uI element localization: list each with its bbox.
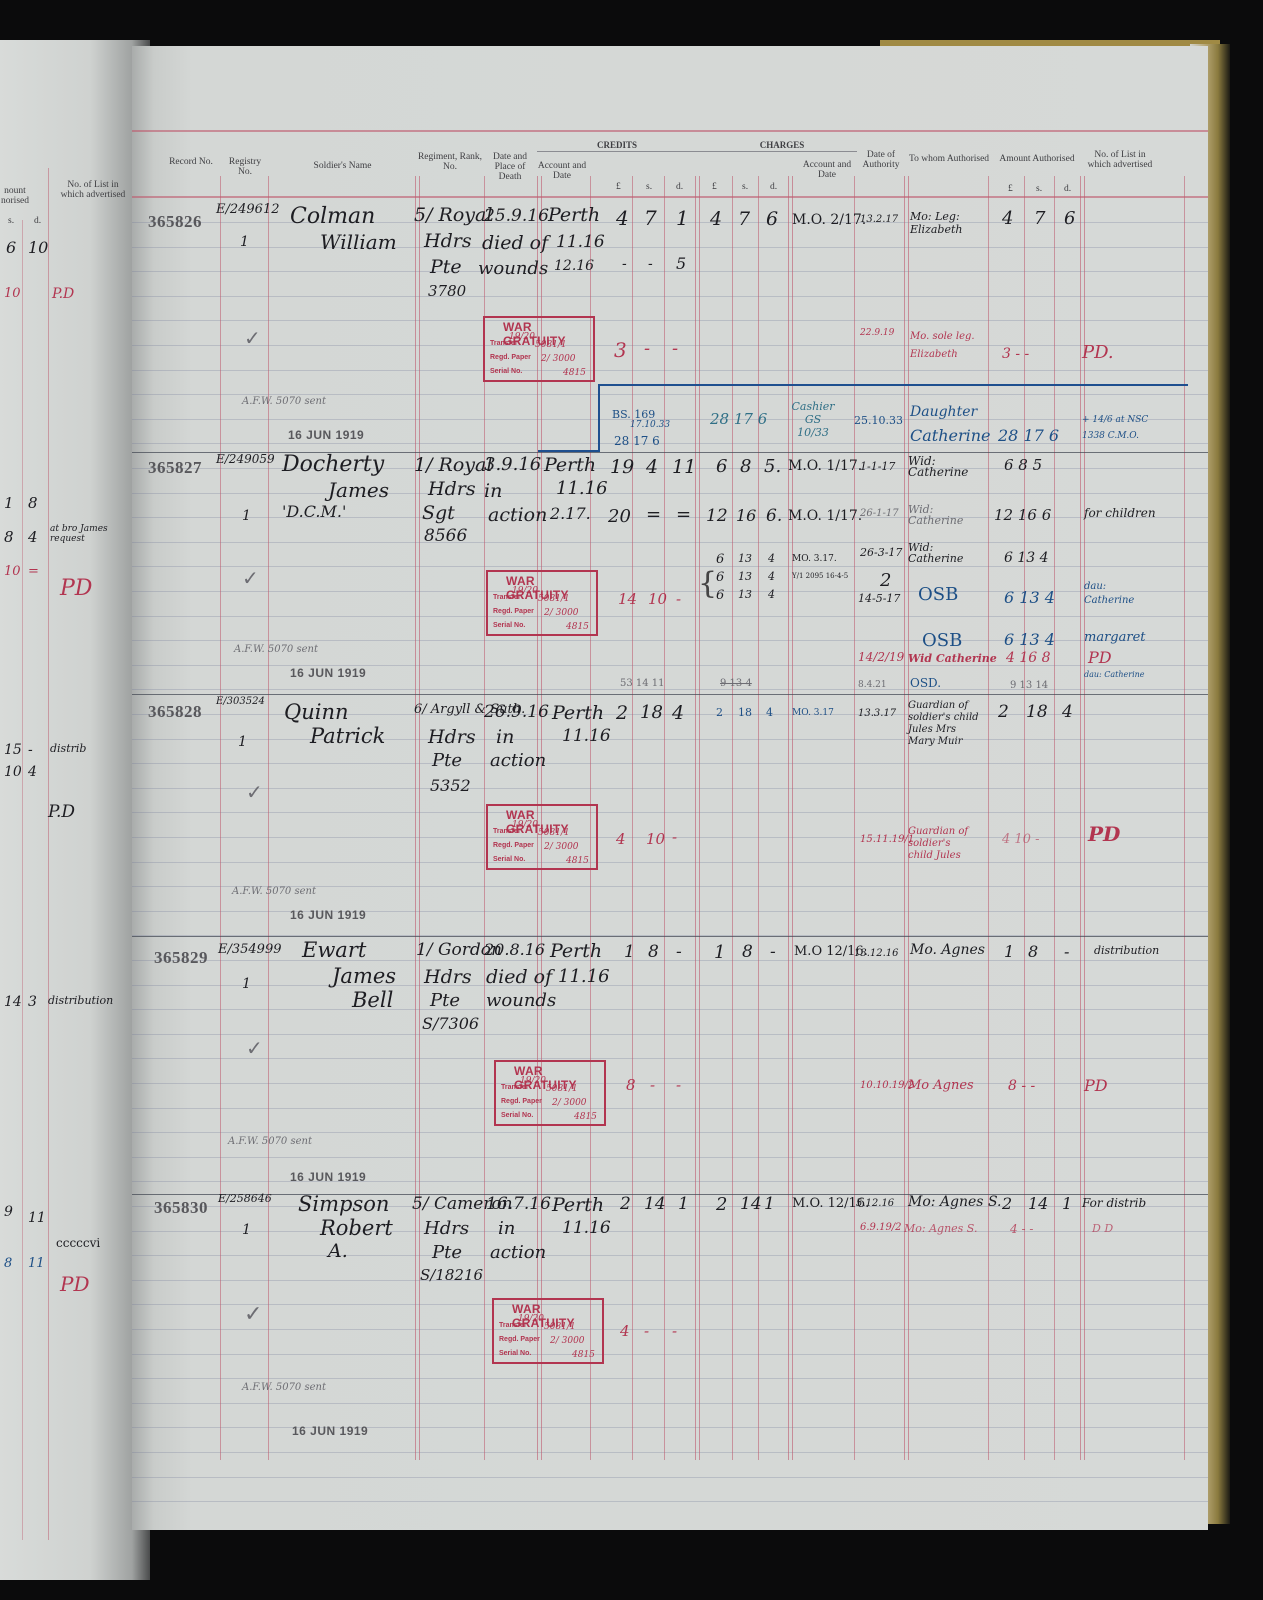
soldier-forename: James	[332, 964, 396, 988]
registry-number: E/258646	[218, 1192, 272, 1205]
registry-number: E/249059	[216, 452, 275, 466]
soldier-surname: Quinn	[284, 700, 349, 724]
header-date-place-death: Date and Place of Death	[484, 152, 536, 182]
left-header-amount: nount norised	[0, 186, 30, 206]
afw-note: A.F.W. 5070 sent	[232, 886, 316, 897]
header-credits: CREDITS	[572, 140, 662, 150]
war-gratuity-stamp: WAR GRATUITY Transfer Regd. Paper Serial…	[486, 570, 598, 636]
header-charges: CHARGES	[742, 140, 822, 150]
header-amount-authorised: Amount Authorised	[992, 154, 1082, 164]
check-mark: ✓	[246, 1036, 263, 1060]
check-mark: ✓	[242, 566, 259, 590]
header-registry-no: Registry No.	[224, 157, 266, 177]
soldier-forename: Robert	[320, 1216, 393, 1240]
afw-note: A.F.W. 5070 sent	[228, 1136, 312, 1147]
ledger-page: Record No. Registry No. Soldier's Name R…	[132, 46, 1208, 1530]
soldier-surname: Colman	[290, 204, 375, 229]
credits-total: 53 14 11	[620, 678, 665, 689]
header-regiment: Regiment, Rank, No.	[416, 152, 484, 172]
check-mark: ✓	[246, 780, 263, 804]
header-bottom-rule	[132, 196, 1208, 198]
record-number: 365827	[148, 458, 202, 478]
record-number: 365828	[148, 702, 202, 722]
header-charges-account: Account and Date	[802, 160, 852, 180]
charges-total: 9 13 4	[720, 678, 752, 689]
afw-note: A.F.W. 5070 sent	[242, 396, 326, 407]
soldier-forename: James	[328, 478, 389, 502]
date-stamp: 16 JUN 1919	[290, 666, 366, 680]
header-top-rule	[132, 130, 1208, 132]
soldier-forename: William	[320, 230, 397, 254]
record-number: 365830	[154, 1198, 208, 1218]
soldier-surname: Simpson	[298, 1192, 389, 1216]
afw-note: A.F.W. 5070 sent	[234, 644, 318, 655]
record-number: 365829	[154, 948, 208, 968]
header-credits-account: Account and Date	[537, 161, 587, 181]
registry-number: E/303524	[216, 696, 265, 707]
left-header-s: s.	[8, 216, 14, 226]
date-stamp: 16 JUN 1919	[288, 428, 364, 442]
left-header-d: d.	[34, 216, 41, 226]
header-date-of-authority: Date of Authority	[856, 150, 906, 170]
soldier-surname: Ewart	[302, 938, 366, 962]
header-record-no: Record No.	[162, 157, 220, 167]
registry-number: E/249612	[216, 202, 280, 217]
left-page: nount norised s. d. No. of List in which…	[0, 40, 150, 1580]
soldier-forename: Patrick	[310, 724, 385, 748]
header-soldiers-name: Soldier's Name	[270, 161, 415, 171]
soldier-surname: Docherty	[282, 452, 384, 477]
brace: {	[698, 566, 717, 601]
registry-number: E/354999	[218, 942, 282, 957]
war-gratuity-stamp: WAR GRATUITY Transfer Regd. Paper Serial…	[486, 804, 598, 870]
check-mark: ✓	[244, 1302, 262, 1327]
war-gratuity-stamp: WAR GRATUITY Transfer Regd. Paper Serial…	[494, 1060, 606, 1126]
header-to-whom: To whom Authorised	[908, 154, 990, 164]
war-gratuity-stamp: WAR GRATUITY Transfer Regd. Paper Serial…	[492, 1298, 604, 1364]
date-stamp: 16 JUN 1919	[290, 908, 366, 922]
header-list-advertised: No. of List in which advertised	[1086, 150, 1154, 170]
check-mark: ✓	[244, 326, 261, 350]
war-gratuity-stamp: WAR GRATUITY Transfer Regd. Paper Serial…	[483, 316, 595, 382]
date-stamp: 16 JUN 1919	[290, 1170, 366, 1184]
left-header-list: No. of List in which advertised	[58, 180, 128, 200]
record-number: 365826	[148, 212, 202, 232]
afw-note: A.F.W. 5070 sent	[242, 1382, 326, 1393]
date-stamp: 16 JUN 1919	[292, 1424, 368, 1438]
